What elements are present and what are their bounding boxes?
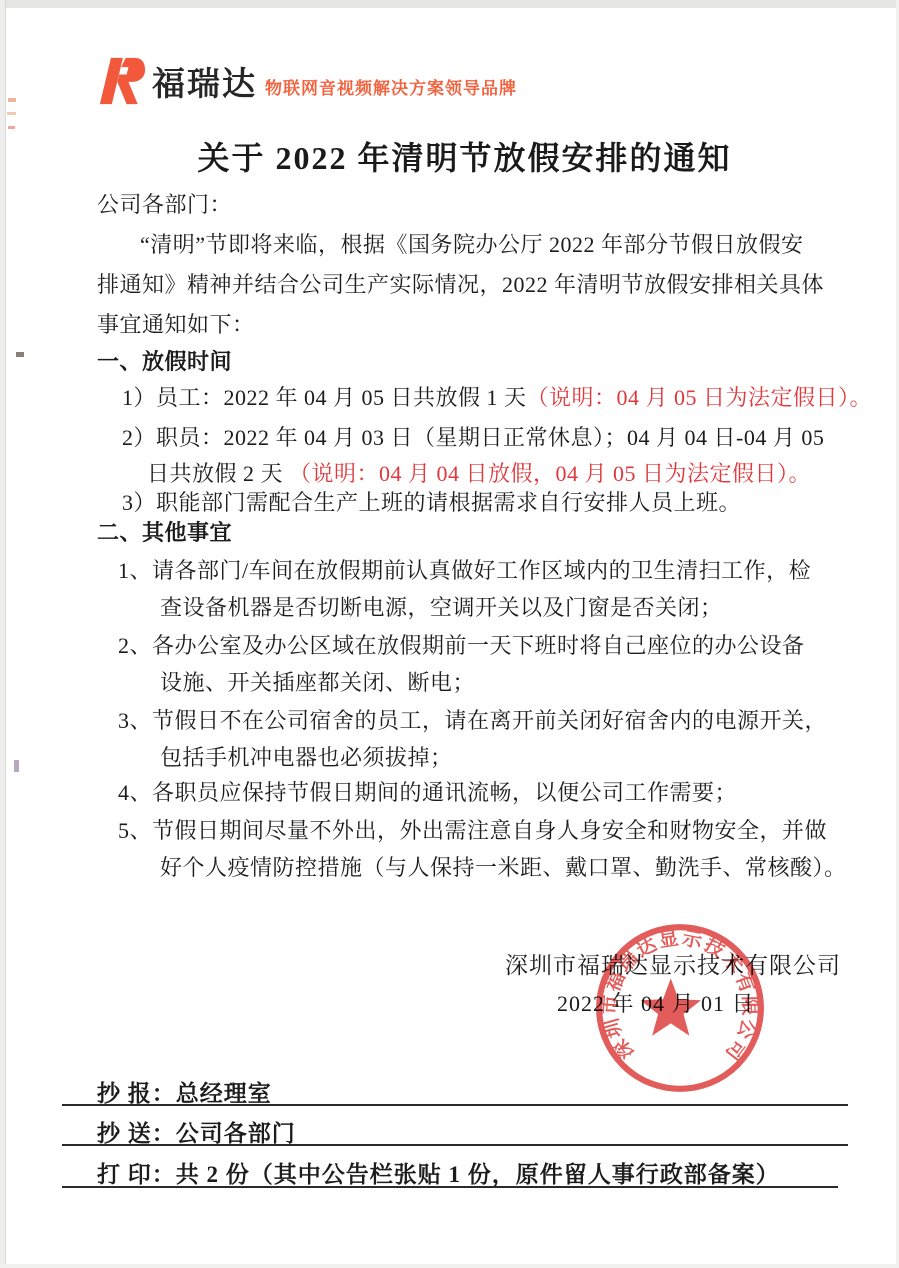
document-title: 关于 2022 年清明节放假安排的通知 xyxy=(0,133,899,179)
section1-item2-line2: 日共放假 2 天 （说明：04 月 04 日放假，04 月 05 日为法定假日）… xyxy=(147,457,811,488)
section2-item5-line2: 好个人疫情防控措施（与人保持一米距、戴口罩、勤洗手、常核酸）。 xyxy=(160,851,847,882)
section1-item2-text: 日共放假 2 天 xyxy=(147,461,289,486)
greeting-line: 公司各部门： xyxy=(97,188,232,219)
section1-item1: 1）员工：2022 年 04 月 05 日共放假 1 天（说明：04 月 05 … xyxy=(122,381,872,412)
brand-tagline: 物联网音视频解决方案领导品牌 xyxy=(265,74,517,99)
seal-star-icon xyxy=(641,978,701,1035)
section1-item2-line1: 2）职员：2022 年 04 月 03 日（星期日正常休息）；04 月 04 日… xyxy=(122,421,824,452)
intro-line-1: “清明”节即将来临，根据《国务院办公厅 2022 年部分节假日放假安 xyxy=(140,228,804,259)
section2-item3-line2: 包括手机冲电器也必须拔掉； xyxy=(160,741,453,772)
section2-item1-line2: 查设备机器是否切断电源，空调开关以及门窗是否关闭； xyxy=(160,591,723,622)
scan-edge-bottom xyxy=(0,1264,899,1268)
footer-row1-value: 总经理室 xyxy=(176,1081,272,1106)
footer-row3: 打 印：共 2 份（其中公告栏张贴 1 份，原件留人事行政部备案） xyxy=(97,1156,780,1189)
section2-item3-line1: 3、节假日不在公司宿舍的员工，请在离开前关闭好宿舍内的电源开关， xyxy=(118,704,827,735)
section1-item3: 3）职能部门需配合生产上班的请根据需求自行安排人员上班。 xyxy=(122,486,741,517)
footer-row1-label: 抄 报： xyxy=(97,1081,176,1106)
scan-artifact xyxy=(7,112,16,115)
section1-item2-note: （说明：04 月 04 日放假，04 月 05 日为法定假日）。 xyxy=(289,461,811,486)
intro-line-2: 排通知》精神并结合公司生产实际情况，2022 年清明节放假安排相关具体 xyxy=(97,268,824,299)
footer-rule-2 xyxy=(62,1144,848,1146)
footer-rule-3 xyxy=(62,1186,838,1188)
scan-edge-left xyxy=(0,0,6,1268)
scan-artifact xyxy=(14,760,19,772)
scan-artifact xyxy=(16,352,24,357)
footer-row3-value: 共 2 份（其中公告栏张贴 1 份，原件留人事行政部备案） xyxy=(176,1162,780,1187)
footer-row3-label: 打 印： xyxy=(97,1162,176,1187)
section1-item1-text: 1）员工：2022 年 04 月 05 日共放假 1 天 xyxy=(122,385,527,410)
logo-r-icon xyxy=(98,55,146,107)
footer-row2-value: 公司各部门 xyxy=(176,1121,296,1146)
section1-heading: 一、放假时间 xyxy=(97,345,232,376)
section2-item2-line1: 2、各办公室及办公区域在放假期前一天下班时将自己座位的办公设备 xyxy=(118,629,805,660)
section2-item5-line1: 5、节假日期间尽量不外出，外出需注意自身人身安全和财物安全，并做 xyxy=(118,814,827,845)
brand-name: 福瑞达 xyxy=(152,58,257,105)
section2-item2-line2: 设施、开关插座都关闭、断电； xyxy=(160,666,475,697)
section2-item1-line1: 1、请各部门/车间在放假期前认真做好工作区域内的卫生清扫工作，检 xyxy=(118,554,811,585)
scan-artifact xyxy=(8,126,15,129)
company-logo: 福瑞达 物联网音视频解决方案领导品牌 xyxy=(98,55,517,107)
section2-item4: 4、各职员应保持节假日期间的通讯流畅，以便公司工作需要； xyxy=(118,776,737,807)
footer-rule-1 xyxy=(62,1104,848,1106)
company-seal: 深圳市福瑞达显示技术有限公司 xyxy=(592,920,768,1096)
section1-item1-note: （说明：04 月 05 日为法定假日）。 xyxy=(527,385,873,410)
intro-line-3: 事宜通知如下： xyxy=(97,308,255,339)
footer-row2-label: 抄 送： xyxy=(97,1121,176,1146)
section2-heading: 二、其他事宜 xyxy=(97,516,232,547)
scan-edge-top xyxy=(0,0,899,8)
scan-artifact xyxy=(8,98,16,102)
